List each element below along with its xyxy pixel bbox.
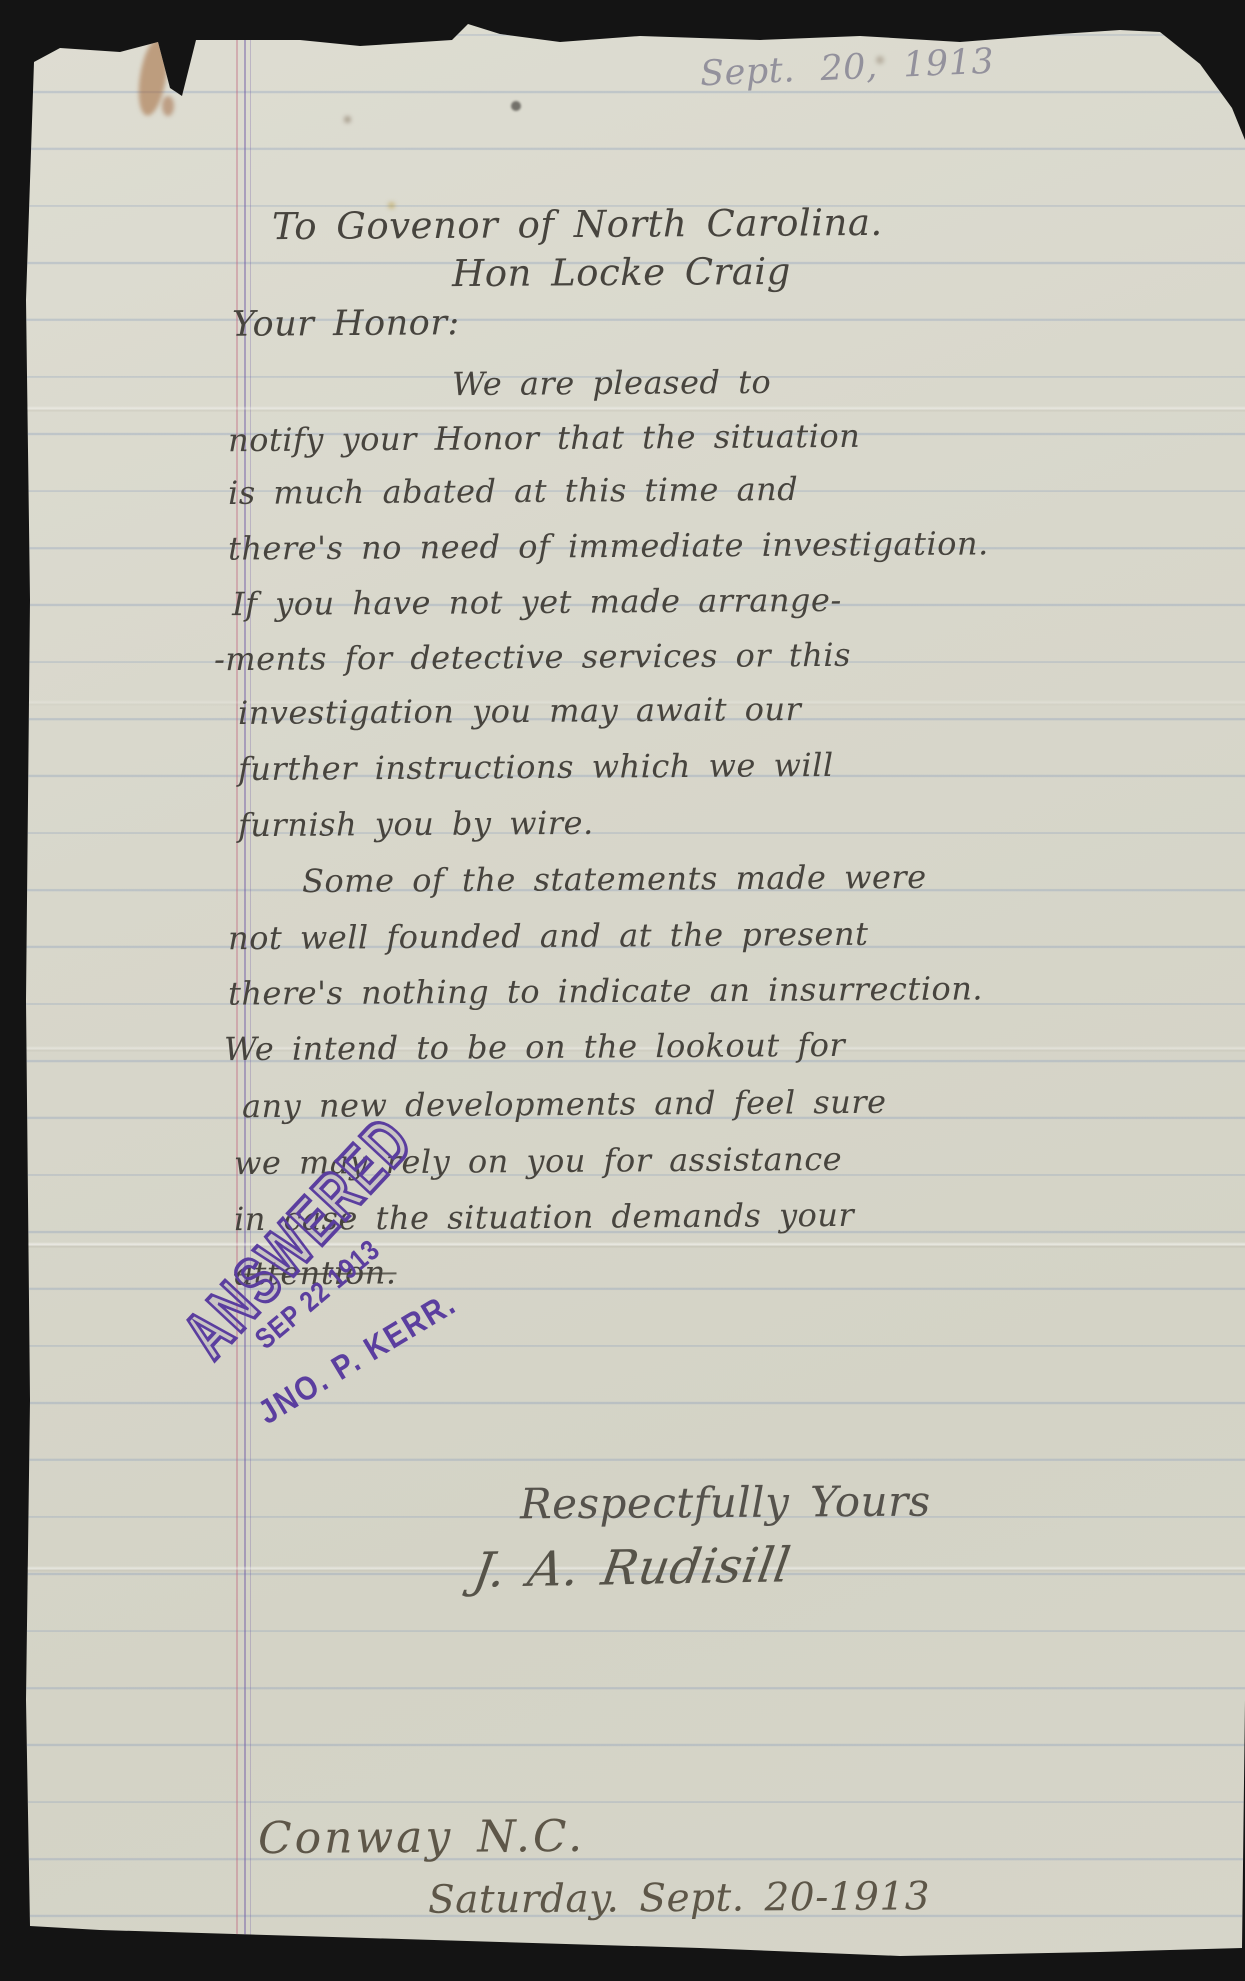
body-line: any new developments and feel sure: [242, 1083, 887, 1125]
fold-crease: [0, 1242, 1245, 1248]
body-line: notify your Honor that the situation: [228, 417, 861, 459]
recipient-line: To Govenor of North Carolina.: [272, 201, 883, 248]
body-line: investigation you may await our: [238, 690, 802, 732]
body-line: there's no need of immediate investigati…: [228, 524, 989, 567]
speck: [344, 116, 351, 123]
letter-paper: Sept. 20, 1913 To Govenor of North Carol…: [0, 0, 1245, 1981]
body-line: If you have not yet made arrange-: [232, 581, 842, 623]
scanned-letter: Sept. 20, 1913 To Govenor of North Carol…: [0, 0, 1245, 1981]
body-line: is much abated at this time and: [228, 470, 798, 512]
body-line: not well founded and at the present: [228, 915, 869, 957]
body-line: furnish you by wire.: [238, 804, 594, 844]
body-line: We intend to be on the lookout for: [224, 1026, 846, 1068]
signature: J. A. Rudisill: [470, 1537, 795, 1599]
closing: Respectfully Yours: [520, 1477, 931, 1529]
body-line: We are pleased to: [452, 363, 772, 403]
recipient-line: Hon Locke Craig: [452, 250, 791, 295]
body-line: there's nothing to indicate an insurrect…: [228, 969, 983, 1012]
place-line: Conway N.C.: [258, 1811, 585, 1864]
body-line: further instructions which we will: [238, 746, 834, 788]
salutation: Your Honor:: [232, 303, 460, 345]
fold-crease: [0, 406, 1245, 412]
body-line: -ments for detective services or this: [214, 636, 851, 678]
ink-spot: [511, 101, 521, 111]
date-line: Saturday. Sept. 20-1913: [428, 1874, 930, 1923]
body-line: Some of the statements made were: [302, 858, 927, 900]
rust-stain: [162, 96, 174, 116]
